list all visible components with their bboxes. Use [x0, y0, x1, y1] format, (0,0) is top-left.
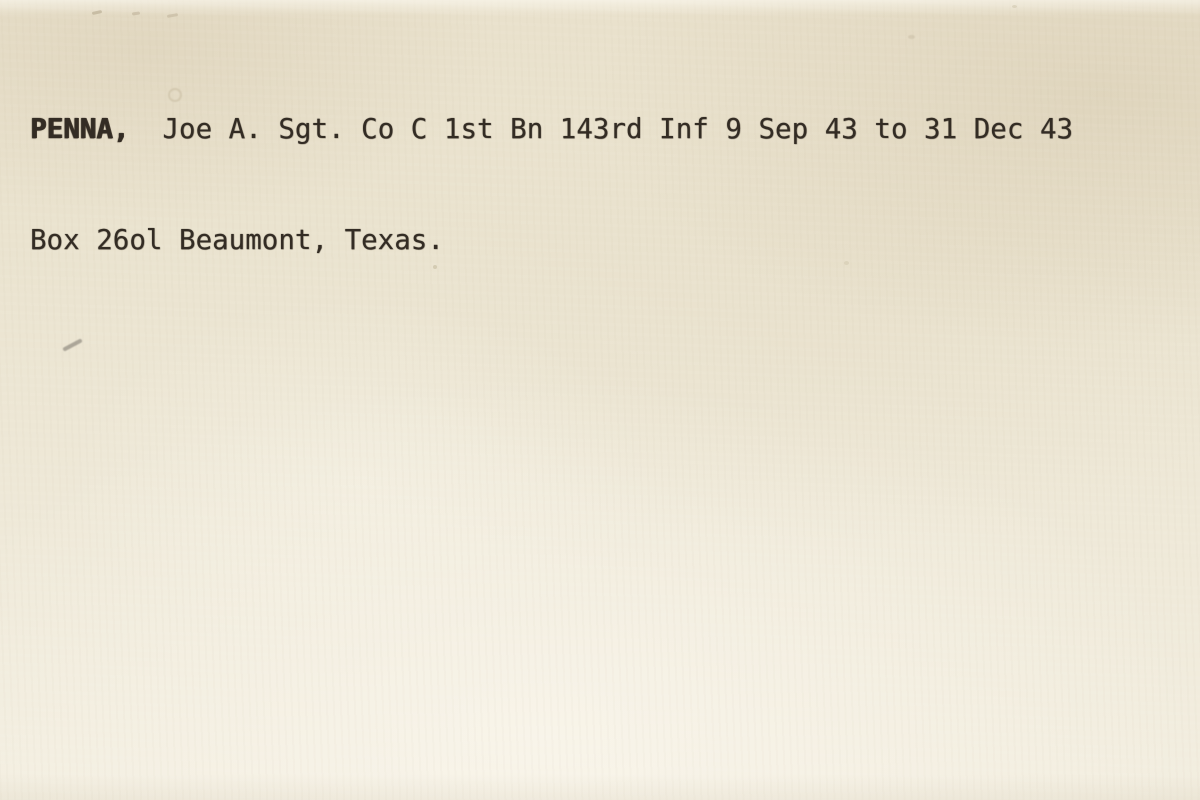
- typed-text-block: PENNA, Joe A. Sgt. Co C 1st Bn 143rd Inf…: [30, 37, 1073, 333]
- surname-text: PENNA,: [30, 113, 129, 145]
- paper-speck: [1012, 5, 1017, 8]
- scratch-mark: [62, 338, 82, 351]
- paper-bottom-shade: [0, 774, 1200, 800]
- typed-line-1: PENNA, Joe A. Sgt. Co C 1st Bn 143rd Inf…: [30, 111, 1073, 148]
- paper-top-sheen: [0, 0, 1200, 16]
- paper-mark: [92, 10, 102, 15]
- typed-line-2: Box 26ol Beaumont, Texas.: [30, 222, 1073, 259]
- index-card: PENNA, Joe A. Sgt. Co C 1st Bn 143rd Inf…: [0, 0, 1200, 800]
- paper-mark: [167, 13, 178, 18]
- paper-mark: [132, 11, 140, 15]
- service-record-text: Joe A. Sgt. Co C 1st Bn 143rd Inf 9 Sep …: [129, 113, 1073, 145]
